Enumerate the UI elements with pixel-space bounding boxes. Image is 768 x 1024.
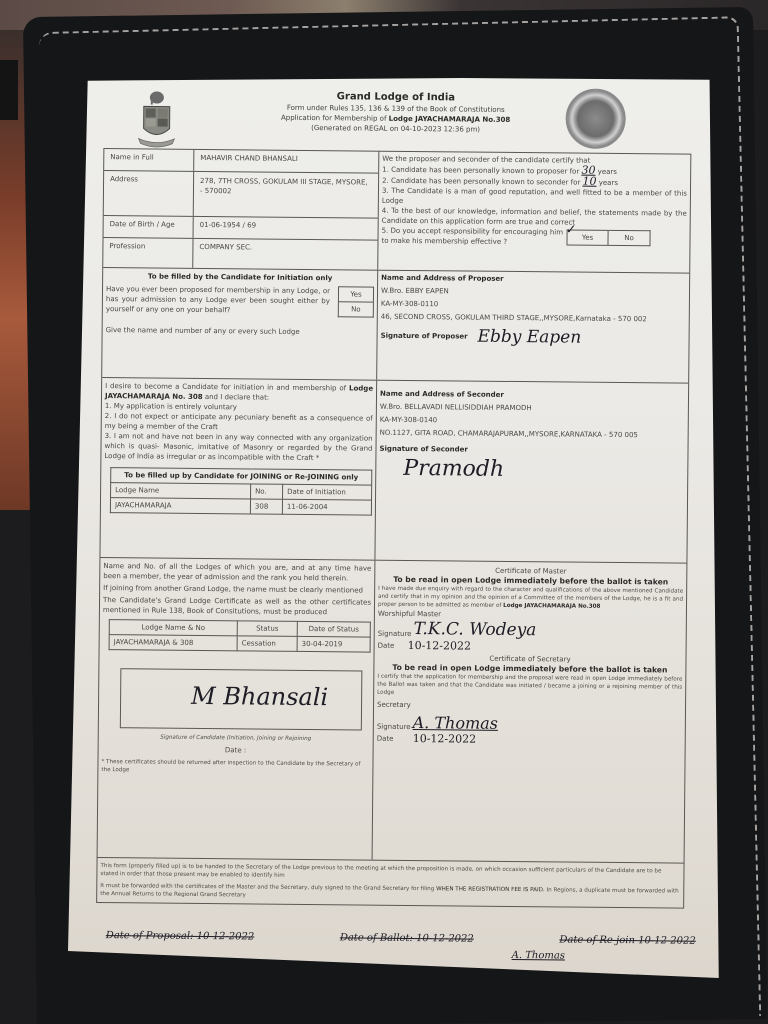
date-of-rejoin: Date of Re-join 10-12-2022 (559, 934, 696, 946)
seconder-id: KA-MY-308-0140 (380, 415, 685, 428)
seconder-section: Name and Address of Seconder W.Bro. BELL… (375, 381, 688, 563)
address-value: 278, 7TH CROSS, GOKULAM III STAGE, MYSOR… (194, 172, 378, 218)
seconder-address: NO.1127, GITA ROAD, CHAMARAJAPURAM,,MYSO… (380, 428, 685, 441)
encourage-yes-checkbox[interactable]: Yes ✓ (566, 229, 608, 245)
lodges-table: Lodge Name & No Status Date of Status JA… (109, 619, 371, 653)
initiation-section: To be filled by the Candidate for Initia… (102, 268, 378, 380)
master-signature: T.K.C. Wodeya (413, 619, 536, 640)
name-value: MAHAVIR CHAND BHANSALI (194, 150, 378, 173)
encourage-no-checkbox[interactable]: No (608, 230, 650, 246)
application-lodge: Lodge JAYACHAMARAJA No.308 (389, 115, 511, 124)
lodges-section: Name and No. of all the Lodges of which … (98, 558, 376, 860)
footer-notes: This form (properly filled up) is to be … (97, 858, 683, 908)
proposed-before-yes[interactable]: Yes (338, 286, 374, 302)
candidate-signature: M Bhansali (191, 682, 328, 711)
name-label: Name in Full (104, 149, 194, 171)
photo-background-object (0, 60, 18, 120)
declaration-item: 3. I am not and have not been in any way… (104, 431, 372, 464)
secretary-signature: A. Thomas (413, 713, 498, 733)
declaration-item: 2. I do not expect or anticipate any pec… (105, 411, 373, 434)
secretary-initials: A. Thomas (512, 950, 565, 962)
seconder-signature: Pramodh (403, 456, 684, 484)
form-header: Grand Lodge of India Form under Rules 13… (99, 84, 692, 154)
seconder-years: 10 (582, 175, 596, 188)
joining-table: To be filled up by Candidate for JOINING… (110, 467, 372, 516)
application-form: Grand Lodge of India Form under Rules 13… (92, 84, 692, 970)
dob-label: Date of Birth / Age (104, 216, 194, 238)
proposer-name: W.Bro. EBBY EAPEN (381, 286, 686, 299)
proposer-id: KA-MY-308-0110 (381, 299, 686, 312)
form-grid: Name in Full MAHAVIR CHAND BHANSALI Addr… (96, 148, 691, 909)
dob-value: 01-06-1954 / 69 (194, 217, 378, 240)
certification-section: We the proposer and seconder of the cand… (378, 152, 690, 273)
master-date: 10-12-2022 (408, 639, 472, 653)
date-of-ballot: Date of Ballot: 10-12-2022 (340, 932, 474, 944)
proposer-section: Name and Address of Proposer W.Bro. EBBY… (377, 271, 689, 383)
seconder-name: W.Bro. BELLAVADI NELLISIDDIAH PRAMODH (380, 402, 685, 415)
master-secretary-section: Certificate of Master To be read in open… (373, 561, 687, 863)
proposer-signature: Ebby Eapen (477, 327, 581, 348)
profession-label: Profession (103, 238, 193, 268)
handwritten-dates: Date of Proposal: 10-12-2022 Date of Bal… (106, 930, 696, 947)
profession-value: COMPANY SEC. (193, 239, 377, 270)
checkmark-icon: ✓ (566, 222, 577, 237)
candidate-details: Name in Full MAHAVIR CHAND BHANSALI Addr… (103, 149, 379, 270)
elephant-crest-icon (137, 88, 176, 150)
proposer-address: 46, SECOND CROSS, GOKULAM THIRD STAGE,,M… (381, 312, 686, 325)
proposed-before-no[interactable]: No (338, 302, 374, 317)
date-of-proposal: Date of Proposal: 10-12-2022 (106, 930, 255, 942)
candidate-signature-box: M Bhansali (120, 668, 363, 730)
address-label: Address (104, 171, 194, 216)
table-row: JAYACHAMARAJA 308 11-06-2004 (110, 498, 371, 516)
secretary-date: 10-12-2022 (413, 732, 477, 746)
grand-lodge-seal-icon (565, 88, 626, 149)
table-row: JAYACHAMARAJA & 308 Cessation 30-04-2019 (109, 635, 370, 653)
declaration-section: I desire to become a Candidate for initi… (100, 378, 377, 560)
